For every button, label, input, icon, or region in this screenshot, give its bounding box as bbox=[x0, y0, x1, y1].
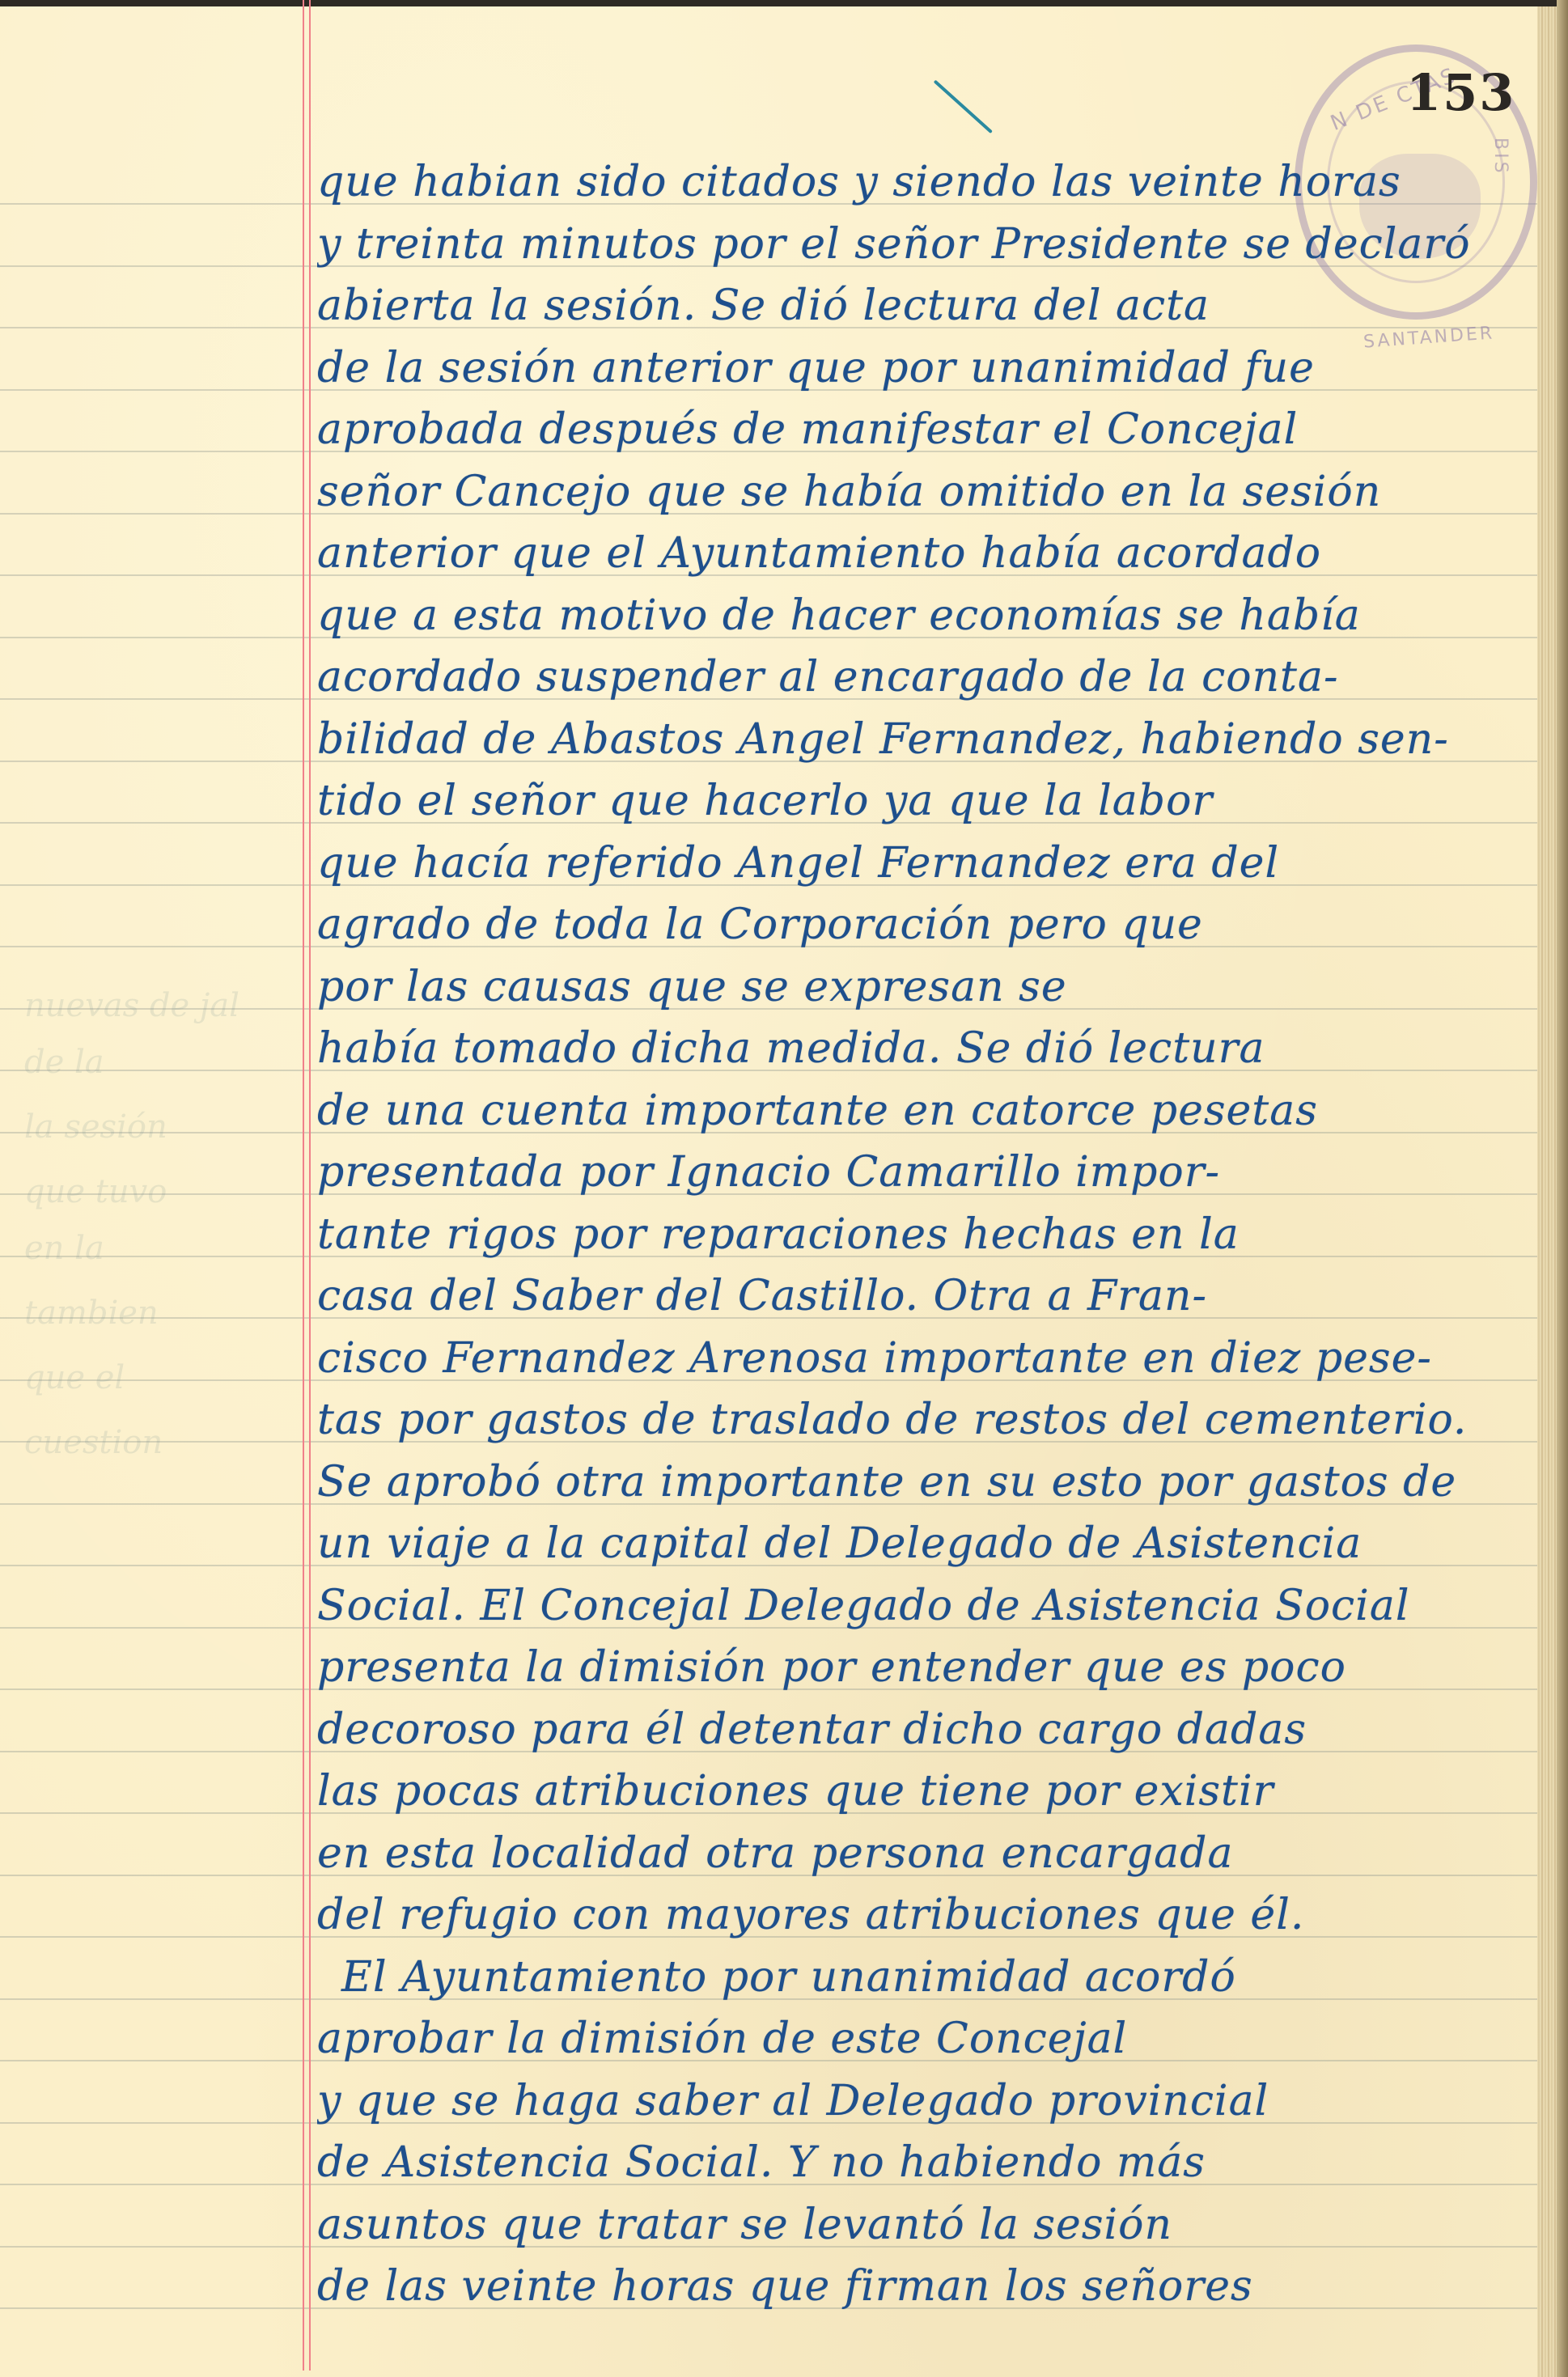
handwritten-line: tante rigos por reparaciones hechas en l… bbox=[317, 1210, 1523, 1262]
bleedthrough-text: nuevas de jal bbox=[24, 987, 283, 1024]
handwritten-line: por las causas que se expresan se bbox=[317, 963, 1523, 1015]
bleedthrough-text: cuestion bbox=[24, 1424, 283, 1461]
handwritten-line: y treinta minutos por el señor President… bbox=[317, 220, 1523, 272]
bleedthrough-text: tambien bbox=[24, 1294, 283, 1332]
binding-shadow bbox=[1557, 0, 1568, 2377]
bleedthrough-text: en la bbox=[24, 1230, 283, 1267]
handwritten-line: y que se haga saber al Delegado provinci… bbox=[317, 2077, 1523, 2129]
handwritten-line: de la sesión anterior que por unanimidad… bbox=[317, 344, 1523, 396]
handwritten-line: aprobada después de manifestar el Concej… bbox=[317, 405, 1523, 457]
bleedthrough-text: la sesión bbox=[24, 1108, 283, 1146]
handwritten-line: asuntos que tratar se levantó la sesión bbox=[317, 2201, 1523, 2252]
handwritten-line: las pocas atribuciones que tiene por exi… bbox=[317, 1767, 1523, 1819]
handwritten-line: anterior que el Ayuntamiento había acord… bbox=[317, 529, 1523, 581]
handwritten-line: de las veinte horas que firman los señor… bbox=[317, 2262, 1523, 2314]
handwritten-line: había tomado dicha medida. Se dió lectur… bbox=[317, 1024, 1523, 1076]
handwritten-line: abierta la sesión. Se dió lectura del ac… bbox=[317, 282, 1523, 333]
handwritten-line: presentada por Ignacio Camarillo impor- bbox=[317, 1148, 1523, 1200]
handwritten-line: tido el señor que hacerlo ya que la labo… bbox=[317, 777, 1523, 828]
margin-line-left bbox=[303, 0, 304, 2371]
handwritten-line: que habian sido citados y siendo las vei… bbox=[317, 158, 1523, 210]
handwritten-line: que a esta motivo de hacer economías se … bbox=[317, 591, 1523, 643]
bleedthrough-text: de la bbox=[24, 1044, 283, 1081]
handwritten-line: Se aprobó otra importante en su esto por… bbox=[317, 1458, 1523, 1510]
handwritten-line: de Asistencia Social. Y no habiendo más bbox=[317, 2138, 1523, 2190]
handwritten-line: agrado de toda la Corporación pero que bbox=[317, 900, 1523, 952]
handwritten-line: casa del Saber del Castillo. Otra a Fran… bbox=[317, 1272, 1523, 1324]
handwritten-line: Social. El Concejal Delegado de Asistenc… bbox=[317, 1582, 1523, 1633]
handwritten-line: El Ayuntamiento por unanimidad acordó bbox=[317, 1953, 1523, 2005]
handwritten-line: cisco Fernandez Arenosa importante en di… bbox=[317, 1334, 1523, 1386]
handwritten-line: aprobar la dimisión de este Concejal bbox=[317, 2015, 1523, 2066]
handwritten-line: bilidad de Abastos Angel Fernandez, habi… bbox=[317, 715, 1523, 767]
handwritten-line: tas por gastos de traslado de restos del… bbox=[317, 1396, 1523, 1447]
handwritten-line: un viaje a la capital del Delegado de As… bbox=[317, 1519, 1523, 1571]
handwritten-line: presenta la dimisión por entender que es… bbox=[317, 1643, 1523, 1695]
handwritten-line: acordado suspender al encargado de la co… bbox=[317, 653, 1523, 705]
bleedthrough-text: que el bbox=[24, 1359, 283, 1396]
page-number: 153 bbox=[1406, 63, 1515, 122]
margin-line-right bbox=[309, 0, 311, 2371]
handwritten-line: señor Cancejo que se había omitido en la… bbox=[317, 468, 1523, 519]
handwritten-line: que hacía referido Angel Fernandez era d… bbox=[317, 839, 1523, 891]
handwritten-line: en esta localidad otra persona encargada bbox=[317, 1829, 1523, 1881]
handwritten-line: decoroso para él detentar dicho cargo da… bbox=[317, 1705, 1523, 1757]
handwritten-line: del refugio con mayores atribuciones que… bbox=[317, 1891, 1523, 1943]
handwritten-line: de una cuenta importante en catorce pese… bbox=[317, 1087, 1523, 1138]
bleedthrough-text: que tuvo bbox=[24, 1173, 283, 1210]
